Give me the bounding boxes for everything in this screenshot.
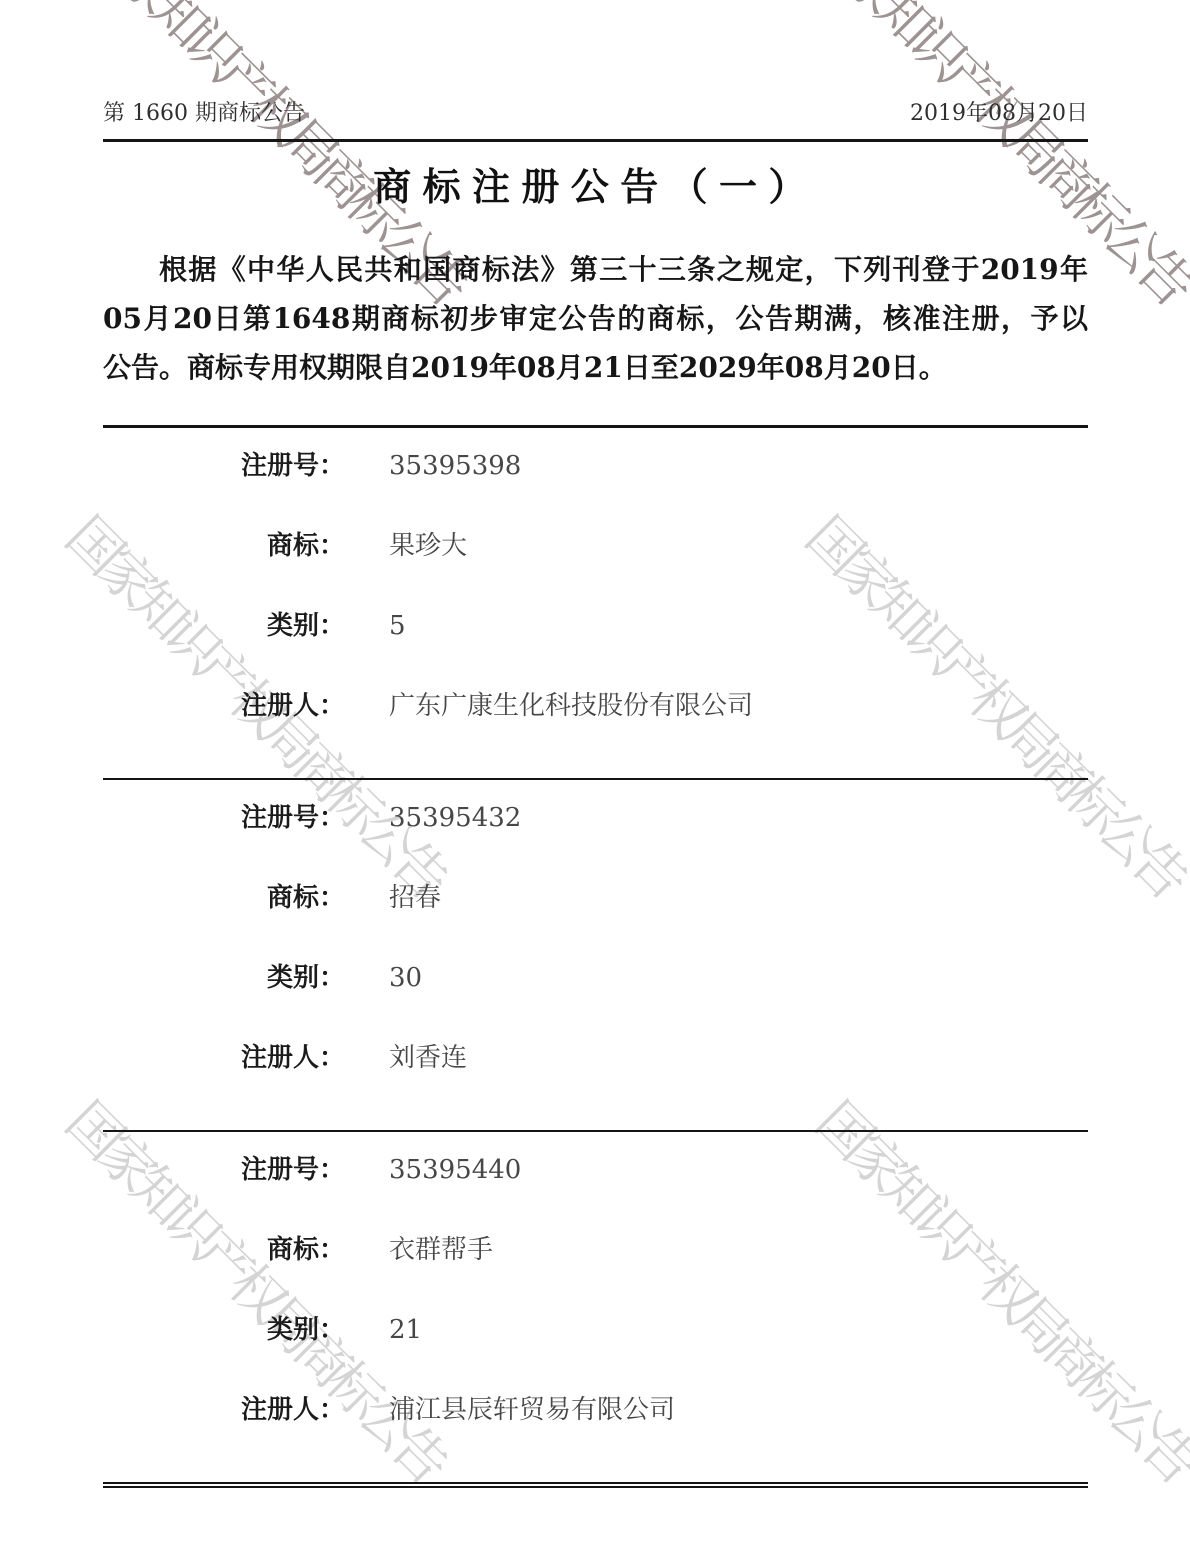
mark-value: 招春 xyxy=(389,884,441,912)
mark-label: 商标： xyxy=(103,884,345,912)
registrant-label: 注册人： xyxy=(103,1396,345,1424)
mark-row: 商标： 果珍大 xyxy=(103,532,1088,560)
trademark-entry: 注册号： 35395440 商标： 衣群帮手 类别： 21 注册人： 浦江县辰轩… xyxy=(103,1132,1088,1488)
registrant-value: 浦江县辰轩贸易有限公司 xyxy=(389,1396,675,1424)
header-rule xyxy=(103,139,1088,142)
reg-no-value: 35395440 xyxy=(389,1156,521,1184)
intro-line: 根据《中华人民共和国商标法》第三十三条之规定，下列刊登于2019年 xyxy=(103,245,1088,294)
intro-line: 公告。商标专用权期限自2019年08月21日至2029年08月20日。 xyxy=(103,343,1088,392)
registrant-label: 注册人： xyxy=(103,1044,345,1072)
registrant-value: 广东广康生化科技股份有限公司 xyxy=(389,692,753,720)
header-date: 2019年08月20日 xyxy=(910,96,1088,127)
mark-row: 商标： 衣群帮手 xyxy=(103,1236,1088,1264)
mark-value: 果珍大 xyxy=(389,532,467,560)
mark-label: 商标： xyxy=(103,1236,345,1264)
reg-no-value: 35395398 xyxy=(389,452,521,480)
class-label: 类别： xyxy=(103,612,345,640)
trademark-entry: 注册号： 35395398 商标： 果珍大 类别： 5 注册人： 广东广康生化科… xyxy=(103,428,1088,780)
mark-row: 商标： 招春 xyxy=(103,884,1088,912)
reg-no-label: 注册号： xyxy=(103,804,345,832)
reg-no-value: 35395432 xyxy=(389,804,521,832)
registrant-value: 刘香连 xyxy=(389,1044,467,1072)
class-label: 类别： xyxy=(103,1316,345,1344)
reg-no-label: 注册号： xyxy=(103,1156,345,1184)
mark-value: 衣群帮手 xyxy=(389,1236,493,1264)
class-row: 类别： 5 xyxy=(103,612,1088,640)
reg-no-row: 注册号： 35395432 xyxy=(103,804,1088,832)
registrant-row: 注册人： 广东广康生化科技股份有限公司 xyxy=(103,692,1088,720)
registrant-row: 注册人： 浦江县辰轩贸易有限公司 xyxy=(103,1396,1088,1424)
class-row: 类别： 21 xyxy=(103,1316,1088,1344)
trademark-entry: 注册号： 35395432 商标： 招春 类别： 30 注册人： 刘香连 xyxy=(103,780,1088,1132)
reg-no-label: 注册号： xyxy=(103,452,345,480)
entries-list: 注册号： 35395398 商标： 果珍大 类别： 5 注册人： 广东广康生化科… xyxy=(103,425,1088,1488)
class-value: 30 xyxy=(389,964,422,992)
page-title: 商标注册公告（一） xyxy=(103,156,1088,211)
class-value: 5 xyxy=(389,612,406,640)
intro-line: 05月20日第1648期商标初步审定公告的商标，公告期满，核准注册，予以 xyxy=(103,294,1088,343)
page-header: 第 1660 期商标公告 2019年08月20日 xyxy=(103,96,1088,127)
class-row: 类别： 30 xyxy=(103,964,1088,992)
reg-no-row: 注册号： 35395398 xyxy=(103,452,1088,480)
class-label: 类别： xyxy=(103,964,345,992)
intro-paragraph: 根据《中华人民共和国商标法》第三十三条之规定，下列刊登于2019年 05月20日… xyxy=(103,245,1088,392)
header-issue: 第 1660 期商标公告 xyxy=(103,96,305,127)
registrant-label: 注册人： xyxy=(103,692,345,720)
class-value: 21 xyxy=(389,1316,422,1344)
page: 第 1660 期商标公告 2019年08月20日 商标注册公告（一） 根据《中华… xyxy=(0,0,1190,1488)
reg-no-row: 注册号： 35395440 xyxy=(103,1156,1088,1184)
mark-label: 商标： xyxy=(103,532,345,560)
registrant-row: 注册人： 刘香连 xyxy=(103,1044,1088,1072)
